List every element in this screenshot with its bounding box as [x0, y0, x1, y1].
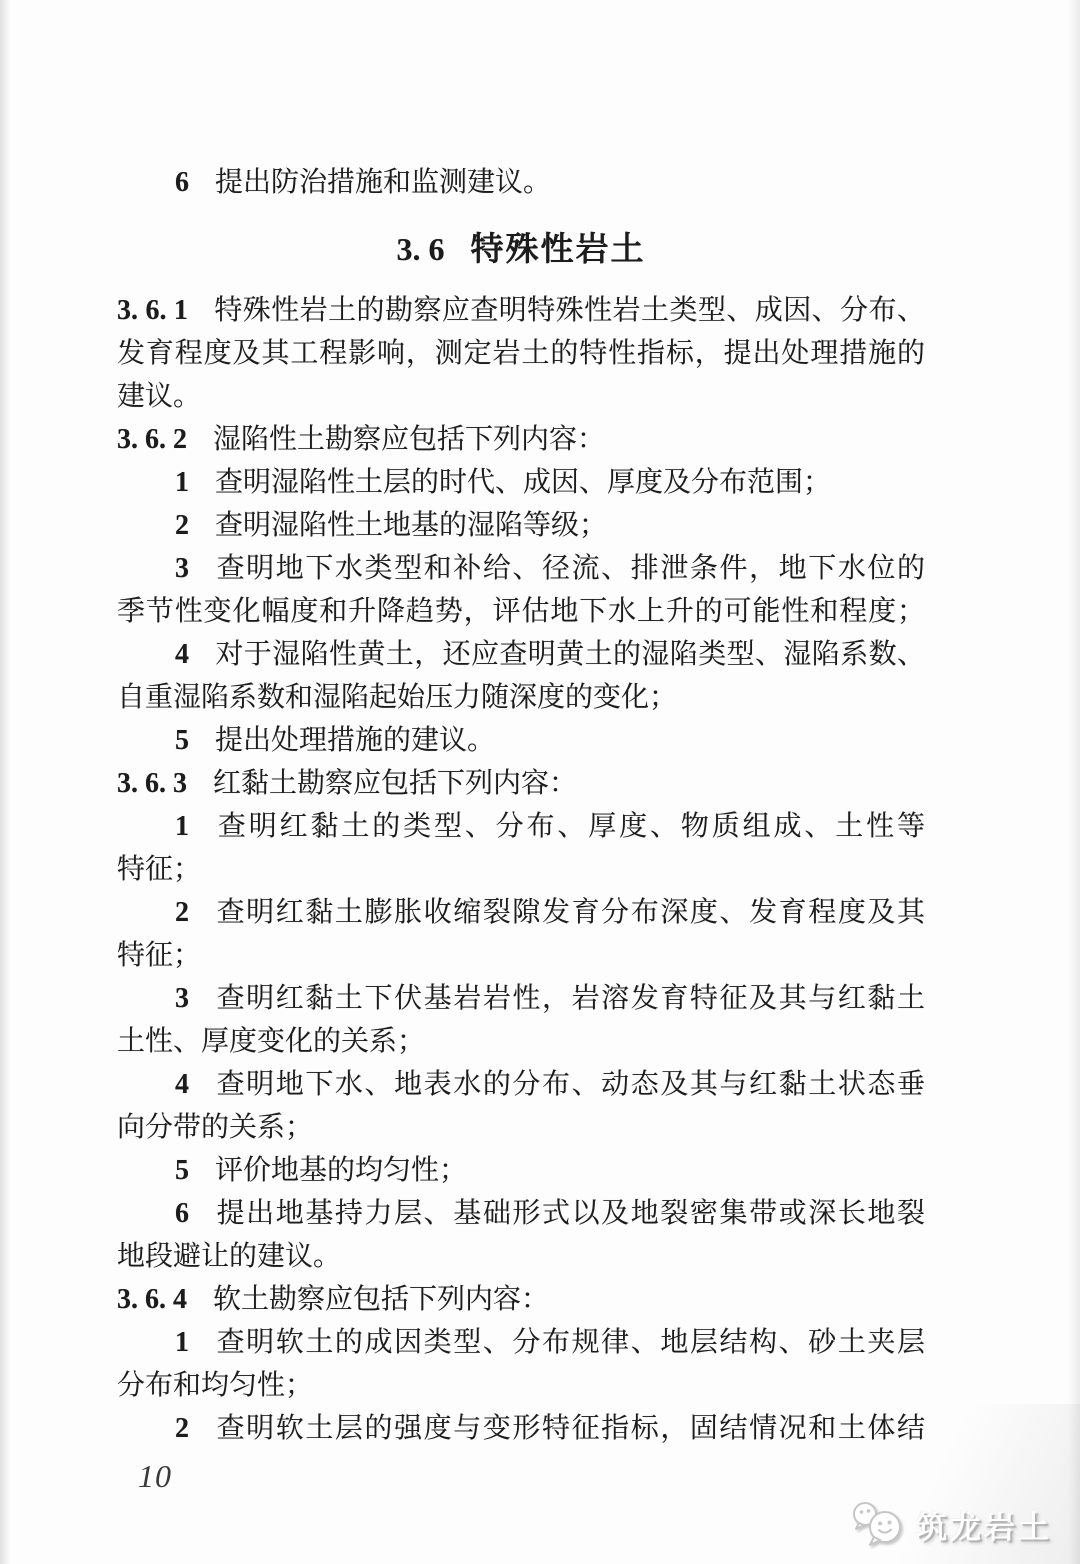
body-line: 6提出防治措施和监测建议。 — [117, 161, 925, 204]
clause-number: 3 — [175, 553, 189, 584]
scan-edge-left — [0, 0, 10, 1564]
line-text: 自重湿陷系数和湿陷起始压力随深度的变化； — [117, 682, 677, 713]
line-text: 查明红黏土的类型、分布、厚度、物质组成、土性等 — [215, 811, 925, 842]
clause-number: 4 — [175, 1069, 189, 1100]
line-text: 查明湿陷性土层的时代、成因、厚度及分布范围； — [215, 467, 831, 498]
line-text: 查明软土的成因类型、分布规律、地层结构、砂土夹层 — [215, 1327, 925, 1358]
body-line: 3. 6. 1特殊性岩土的勘察应查明特殊性岩土类型、成因、分布、 — [117, 289, 925, 332]
clause-number: 3. 6. 3 — [117, 768, 187, 799]
body-line: 自重湿陷系数和湿陷起始压力随深度的变化； — [117, 676, 925, 719]
line-text: 评价地基的均匀性； — [215, 1155, 467, 1186]
line-text: 特征； — [117, 940, 201, 971]
body-line: 3. 6. 3红黏土勘察应包括下列内容： — [117, 762, 925, 805]
watermark: 筑龙岩土 — [850, 1500, 1052, 1548]
body-line: 4查明地下水、地表水的分布、动态及其与红黏土状态垂 — [117, 1063, 925, 1106]
body-line: 2查明红黏土膨胀收缩裂隙发育分布深度、发育程度及其 — [117, 891, 925, 934]
body-line: 季节性变化幅度和升降趋势，评估地下水上升的可能性和程度； — [117, 590, 925, 633]
clause-number: 3. 6. 1 — [117, 295, 188, 326]
line-text: 查明红黏土膨胀收缩裂隙发育分布深度、发育程度及其 — [215, 897, 925, 928]
heading-title: 特殊性岩土 — [471, 230, 646, 267]
line-text: 查明湿陷性土地基的湿陷等级； — [215, 510, 607, 541]
clause-number: 2 — [175, 1413, 189, 1444]
line-text: 湿陷性土勘察应包括下列内容： — [213, 424, 605, 455]
body-line: 5提出处理措施的建议。 — [117, 719, 925, 762]
line-text: 特殊性岩土的勘察应查明特殊性岩土类型、成因、分布、 — [214, 295, 925, 326]
line-text: 地段避让的建议。 — [117, 1241, 341, 1272]
clause-number: 2 — [175, 897, 189, 928]
line-text: 提出地基持力层、基础形式以及地裂密集带或深长地裂 — [215, 1198, 925, 1229]
clause-number: 2 — [175, 510, 189, 541]
line-text: 对于湿陷性黄土，还应查明黄土的湿陷类型、湿陷系数、 — [215, 639, 925, 670]
clause-number: 1 — [175, 467, 189, 498]
document-page: 6提出防治措施和监测建议。 3. 6特殊性岩土 3. 6. 1特殊性岩土的勘察应… — [0, 0, 1080, 1564]
body-line: 地段避让的建议。 — [117, 1235, 925, 1278]
line-text: 查明红黏土下伏基岩岩性，岩溶发育特征及其与红黏土 — [215, 983, 925, 1014]
body-line: 建议。 — [117, 375, 925, 418]
line-text: 提出处理措施的建议。 — [215, 725, 495, 756]
clause-number: 6 — [175, 167, 189, 198]
clause-number: 5 — [175, 725, 189, 756]
line-text: 提出防治措施和监测建议。 — [215, 167, 551, 198]
body-line: 发育程度及其工程影响，测定岩土的特性指标，提出处理措施的 — [117, 332, 925, 375]
watermark-text: 筑龙岩土 — [916, 1502, 1052, 1547]
page-number: 10 — [138, 1458, 172, 1495]
line-text: 土性、厚度变化的关系； — [117, 1026, 425, 1057]
line-text: 查明地下水类型和补给、径流、排泄条件，地下水位的 — [215, 553, 925, 584]
body-line: 5评价地基的均匀性； — [117, 1149, 925, 1192]
scan-edge-right — [1068, 0, 1080, 1564]
line-text: 发育程度及其工程影响，测定岩土的特性指标，提出处理措施的 — [117, 338, 925, 369]
line-text: 红黏土勘察应包括下列内容： — [213, 768, 577, 799]
text-block: 6提出防治措施和监测建议。 3. 6特殊性岩土 3. 6. 1特殊性岩土的勘察应… — [117, 161, 925, 1450]
clause-number: 3. 6. 2 — [117, 424, 187, 455]
body-line: 分布和均匀性； — [117, 1364, 925, 1407]
body-line: 2查明软土层的强度与变形特征指标，固结情况和土体结 — [117, 1407, 925, 1450]
line-text: 分布和均匀性； — [117, 1370, 313, 1401]
heading-number: 3. 6 — [397, 231, 445, 267]
body-line: 2查明湿陷性土地基的湿陷等级； — [117, 504, 925, 547]
body-line: 3. 6. 2湿陷性土勘察应包括下列内容： — [117, 418, 925, 461]
clause-number: 4 — [175, 639, 189, 670]
body-line: 3查明红黏土下伏基岩岩性，岩溶发育特征及其与红黏土 — [117, 977, 925, 1020]
clause-number: 1 — [175, 811, 189, 842]
line-text: 查明地下水、地表水的分布、动态及其与红黏土状态垂 — [215, 1069, 925, 1100]
line-text: 向分带的关系； — [117, 1112, 313, 1143]
body-line: 1查明湿陷性土层的时代、成因、厚度及分布范围； — [117, 461, 925, 504]
line-text: 查明软土层的强度与变形特征指标，固结情况和土体结 — [215, 1413, 925, 1444]
clause-number: 3. 6. 4 — [117, 1284, 187, 1315]
line-text: 特征； — [117, 854, 201, 885]
clause-number: 1 — [175, 1327, 189, 1358]
body-line: 4对于湿陷性黄土，还应查明黄土的湿陷类型、湿陷系数、 — [117, 633, 925, 676]
section-heading: 3. 6特殊性岩土 — [117, 226, 925, 272]
clause-number: 5 — [175, 1155, 189, 1186]
body-line: 3. 6. 4软土勘察应包括下列内容： — [117, 1278, 925, 1321]
body-line: 1查明红黏土的类型、分布、厚度、物质组成、土性等 — [117, 805, 925, 848]
clause-number: 6 — [175, 1198, 189, 1229]
line-text: 软土勘察应包括下列内容： — [213, 1284, 549, 1315]
body-line: 向分带的关系； — [117, 1106, 925, 1149]
body-line: 6提出地基持力层、基础形式以及地裂密集带或深长地裂 — [117, 1192, 925, 1235]
body-line: 特征； — [117, 848, 925, 891]
body-line: 土性、厚度变化的关系； — [117, 1020, 925, 1063]
line-text: 建议。 — [117, 381, 201, 412]
body-line: 1查明软土的成因类型、分布规律、地层结构、砂土夹层 — [117, 1321, 925, 1364]
chat-bubbles-icon — [850, 1500, 906, 1548]
body-line: 特征； — [117, 934, 925, 977]
line-text: 季节性变化幅度和升降趋势，评估地下水上升的可能性和程度； — [117, 596, 925, 627]
clause-number: 3 — [175, 983, 189, 1014]
body-line: 3查明地下水类型和补给、径流、排泄条件，地下水位的 — [117, 547, 925, 590]
